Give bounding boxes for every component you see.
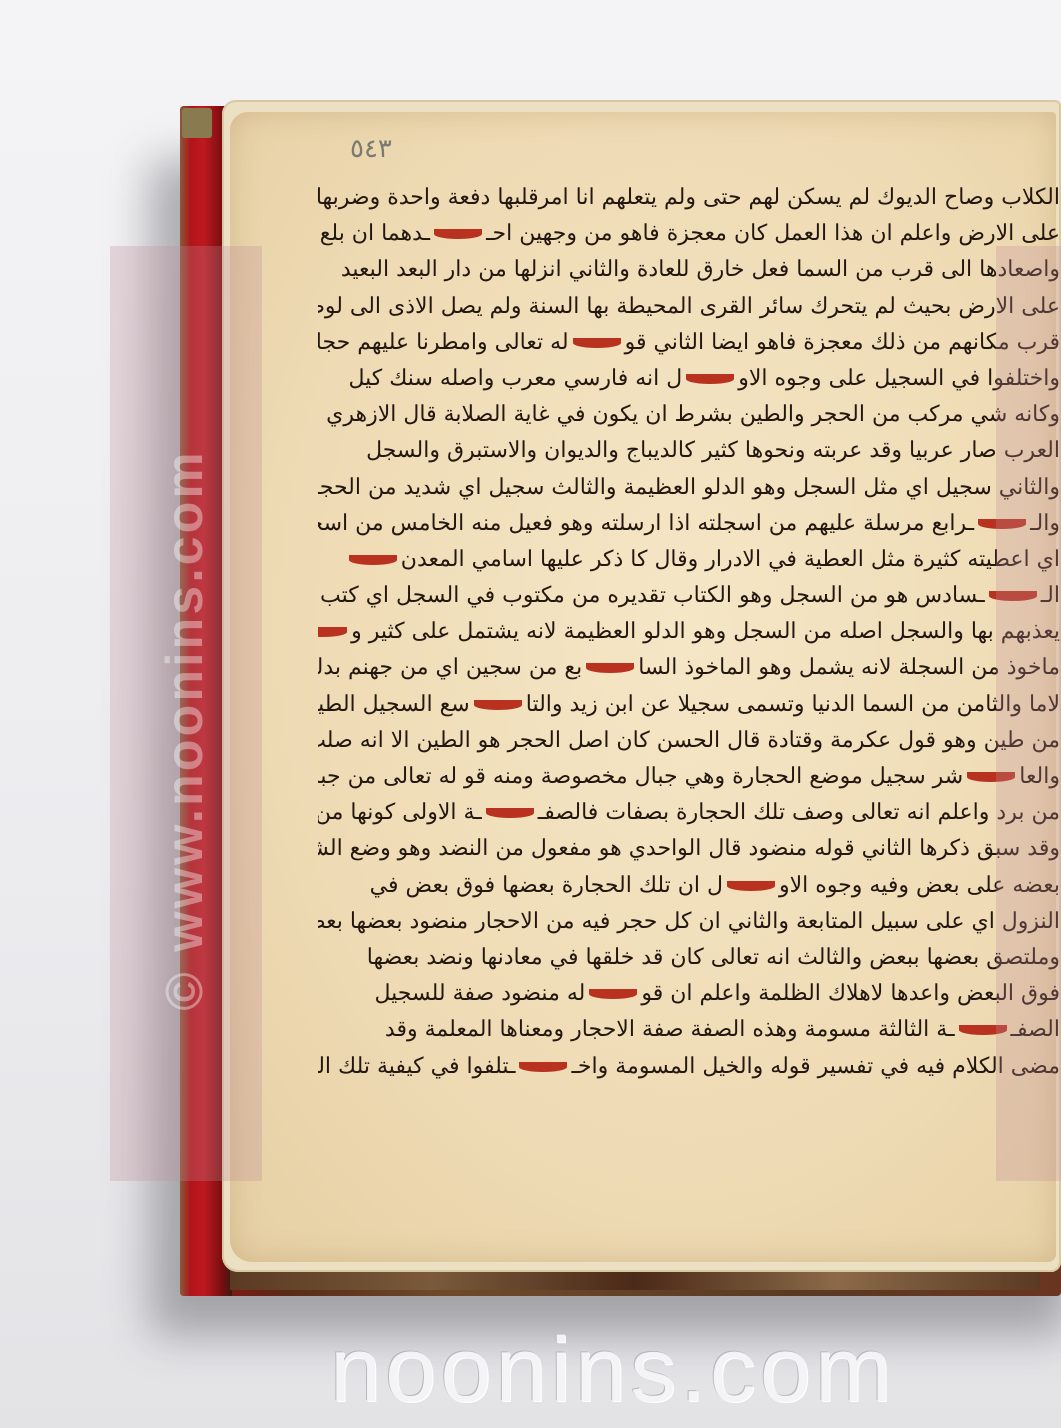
manuscript-line: يعذبهم بها والسجل اصله من السجل وهو الدل…	[318, 614, 1060, 650]
red-rubric-stroke	[573, 338, 621, 348]
line-text: بع من سجين اي من جهنم بدلت النون	[318, 655, 582, 680]
line-text: وقد سبق ذكرها الثاني قوله منضود قال الوا…	[318, 836, 1060, 861]
red-rubric-stroke	[727, 881, 775, 891]
line-text: من برد واعلم انه تعالى وصف تلك الحجارة ب…	[538, 800, 1060, 825]
line-text: ل ان تلك الحجارة بعضها فوق بعض في	[370, 873, 723, 898]
line-text: مضى الكلام فيه في تفسير قوله والخيل المس…	[571, 1054, 1060, 1079]
manuscript-line: على الارض واعلم ان هذا العمل كان معجزة ف…	[318, 216, 1060, 252]
line-text: ـسادس هو من السجل وهو الكتاب تقديره من م…	[318, 583, 985, 608]
manuscript-line: واصعادها الى قرب من السما فعل خارق للعاد…	[318, 252, 1060, 288]
manuscript-line: من برد واعلم انه تعالى وصف تلك الحجارة ب…	[318, 795, 1060, 831]
manuscript-line: ماخوذ من السجلة لانه يشمل وهو الماخوذ ال…	[318, 650, 1060, 686]
red-rubric-stroke	[686, 374, 734, 384]
line-text: وكانه شي مركب من الحجر والطين بشرط ان يك…	[318, 402, 1060, 427]
red-rubric-stroke	[589, 989, 637, 999]
manuscript-line: والعاشر سجيل موضع الحجارة وهي جبال مخصوص…	[318, 759, 1060, 795]
manuscript-line: وقد سبق ذكرها الثاني قوله منضود قال الوا…	[318, 831, 1060, 867]
manuscript-line: بعضه على بعض وفيه وجوه الاول ان تلك الحج…	[318, 868, 1060, 904]
line-text: الكلاب وصاح الديوك لم يسكن لهم حتى ولم ي…	[318, 185, 1060, 210]
manuscript-line: وكانه شي مركب من الحجر والطين بشرط ان يك…	[318, 397, 1060, 433]
line-text: شر سجيل موضع الحجارة وهي جبال مخصوصة ومن…	[318, 764, 963, 789]
red-rubric-stroke	[474, 700, 522, 710]
manuscript-line: واختلفوا في السجيل على وجوه الاول انه فا…	[318, 361, 1060, 397]
line-text: والثاني سجيل اي مثل السجل وهو الدلو العظ…	[318, 475, 1060, 500]
line-text: ـرابع مرسلة عليهم من اسجلته اذا ارسلته و…	[318, 511, 974, 536]
manuscript-text-block: الكلاب وصاح الديوك لم يسكن لهم حتى ولم ي…	[318, 180, 1060, 1085]
line-text: ل انه فارسي معرب واصله سنك كيل	[349, 366, 683, 391]
line-text: من طين وهو قول عكرمة وقتادة قال الحسن كا…	[318, 728, 1060, 753]
manuscript-line: الصفــة الثالثة مسومة وهذه الصفة صفة الا…	[318, 1012, 1060, 1048]
watermark-band-right	[996, 246, 1061, 1181]
red-rubric-stroke	[586, 663, 634, 673]
line-text: ـتلفوا في كيفية تلك العلامة	[318, 1054, 515, 1079]
line-text: يعذبهم بها والسجل اصله من السجل وهو الدل…	[351, 619, 1060, 644]
line-text: واصعادها الى قرب من السما فعل خارق للعاد…	[341, 257, 1060, 282]
red-rubric-stroke	[486, 808, 534, 818]
line-text: ـدهما ان بلع الارض	[318, 221, 430, 246]
manuscript-line: العرب صار عربيا وقد عربته ونحوها كثير كا…	[318, 433, 1060, 469]
manuscript-line: من طين وهو قول عكرمة وقتادة قال الحسن كا…	[318, 723, 1060, 759]
line-text: سع السجيل الطين لقوله تعالى حجارة	[318, 692, 470, 717]
spine-worn-corner	[182, 108, 212, 138]
red-rubric-stroke	[434, 229, 482, 239]
watermark-vertical-text: © www.noonins.com	[155, 270, 215, 1190]
line-text: على الارض واعلم ان هذا العمل كان معجزة ف…	[486, 221, 1060, 246]
line-text: ـة الثالثة مسومة وهذه الصفة صفة الاحجار …	[385, 1017, 955, 1042]
line-text: له منضود صفة للسجيل	[374, 981, 585, 1006]
manuscript-line: وملتصق بعضها ببعض والثالث انه تعالى كان …	[318, 940, 1060, 976]
folio-number: ٥٤٣	[350, 134, 392, 164]
line-text: وملتصق بعضها ببعض والثالث انه تعالى كان …	[367, 945, 1060, 970]
manuscript-line: الكلاب وصاح الديوك لم يسكن لهم حتى ولم ي…	[318, 180, 1060, 216]
manuscript-line: لاما والثامن من السما الدنيا وتسمى سجيلا…	[318, 687, 1060, 723]
line-text: ـة الاولى كونها من سجيل	[318, 800, 482, 825]
line-text: العرب صار عربيا وقد عربته ونحوها كثير كا…	[366, 438, 1060, 463]
line-text: النزول اي على سبيل المتابعة والثاني ان ك…	[318, 909, 1060, 934]
red-rubric-stroke	[318, 627, 347, 637]
manuscript-line: على الارض بحيث لم يتحرك سائر القرى المحي…	[318, 289, 1060, 325]
line-text: اي اعطيته كثيرة مثل العطية في الادرار وق…	[401, 547, 1060, 572]
manuscript-line: والثاني سجيل اي مثل السجل وهو الدلو العظ…	[318, 470, 1060, 506]
line-text: له تعالى وامطرنا عليهم حجارة من سجيل	[318, 330, 569, 355]
line-text: لاما والثامن من السما الدنيا وتسمى سجيلا…	[526, 692, 1060, 717]
line-text: قرب مكانهم من ذلك معجزة فاهو ايضا الثاني…	[625, 330, 1060, 355]
manuscript-line: الــسادس هو من السجل وهو الكتاب تقديره م…	[318, 578, 1060, 614]
manuscript-line: قرب مكانهم من ذلك معجزة فاهو ايضا الثاني…	[318, 325, 1060, 361]
line-text: على الارض بحيث لم يتحرك سائر القرى المحي…	[318, 294, 1060, 319]
manuscript-line: والــرابع مرسلة عليهم من اسجلته اذا ارسل…	[318, 506, 1060, 542]
manuscript-line: مضى الكلام فيه في تفسير قوله والخيل المس…	[318, 1049, 1060, 1085]
watermark-bottom: noonins.com	[330, 1318, 1030, 1423]
red-rubric-stroke	[349, 555, 397, 565]
red-rubric-stroke	[519, 1062, 567, 1072]
manuscript-line: النزول اي على سبيل المتابعة والثاني ان ك…	[318, 904, 1060, 940]
manuscript-line: فوق البعض واعدها لاهلاك الظلمة واعلم ان …	[318, 976, 1060, 1012]
manuscript-line: اي اعطيته كثيرة مثل العطية في الادرار وق…	[318, 542, 1060, 578]
